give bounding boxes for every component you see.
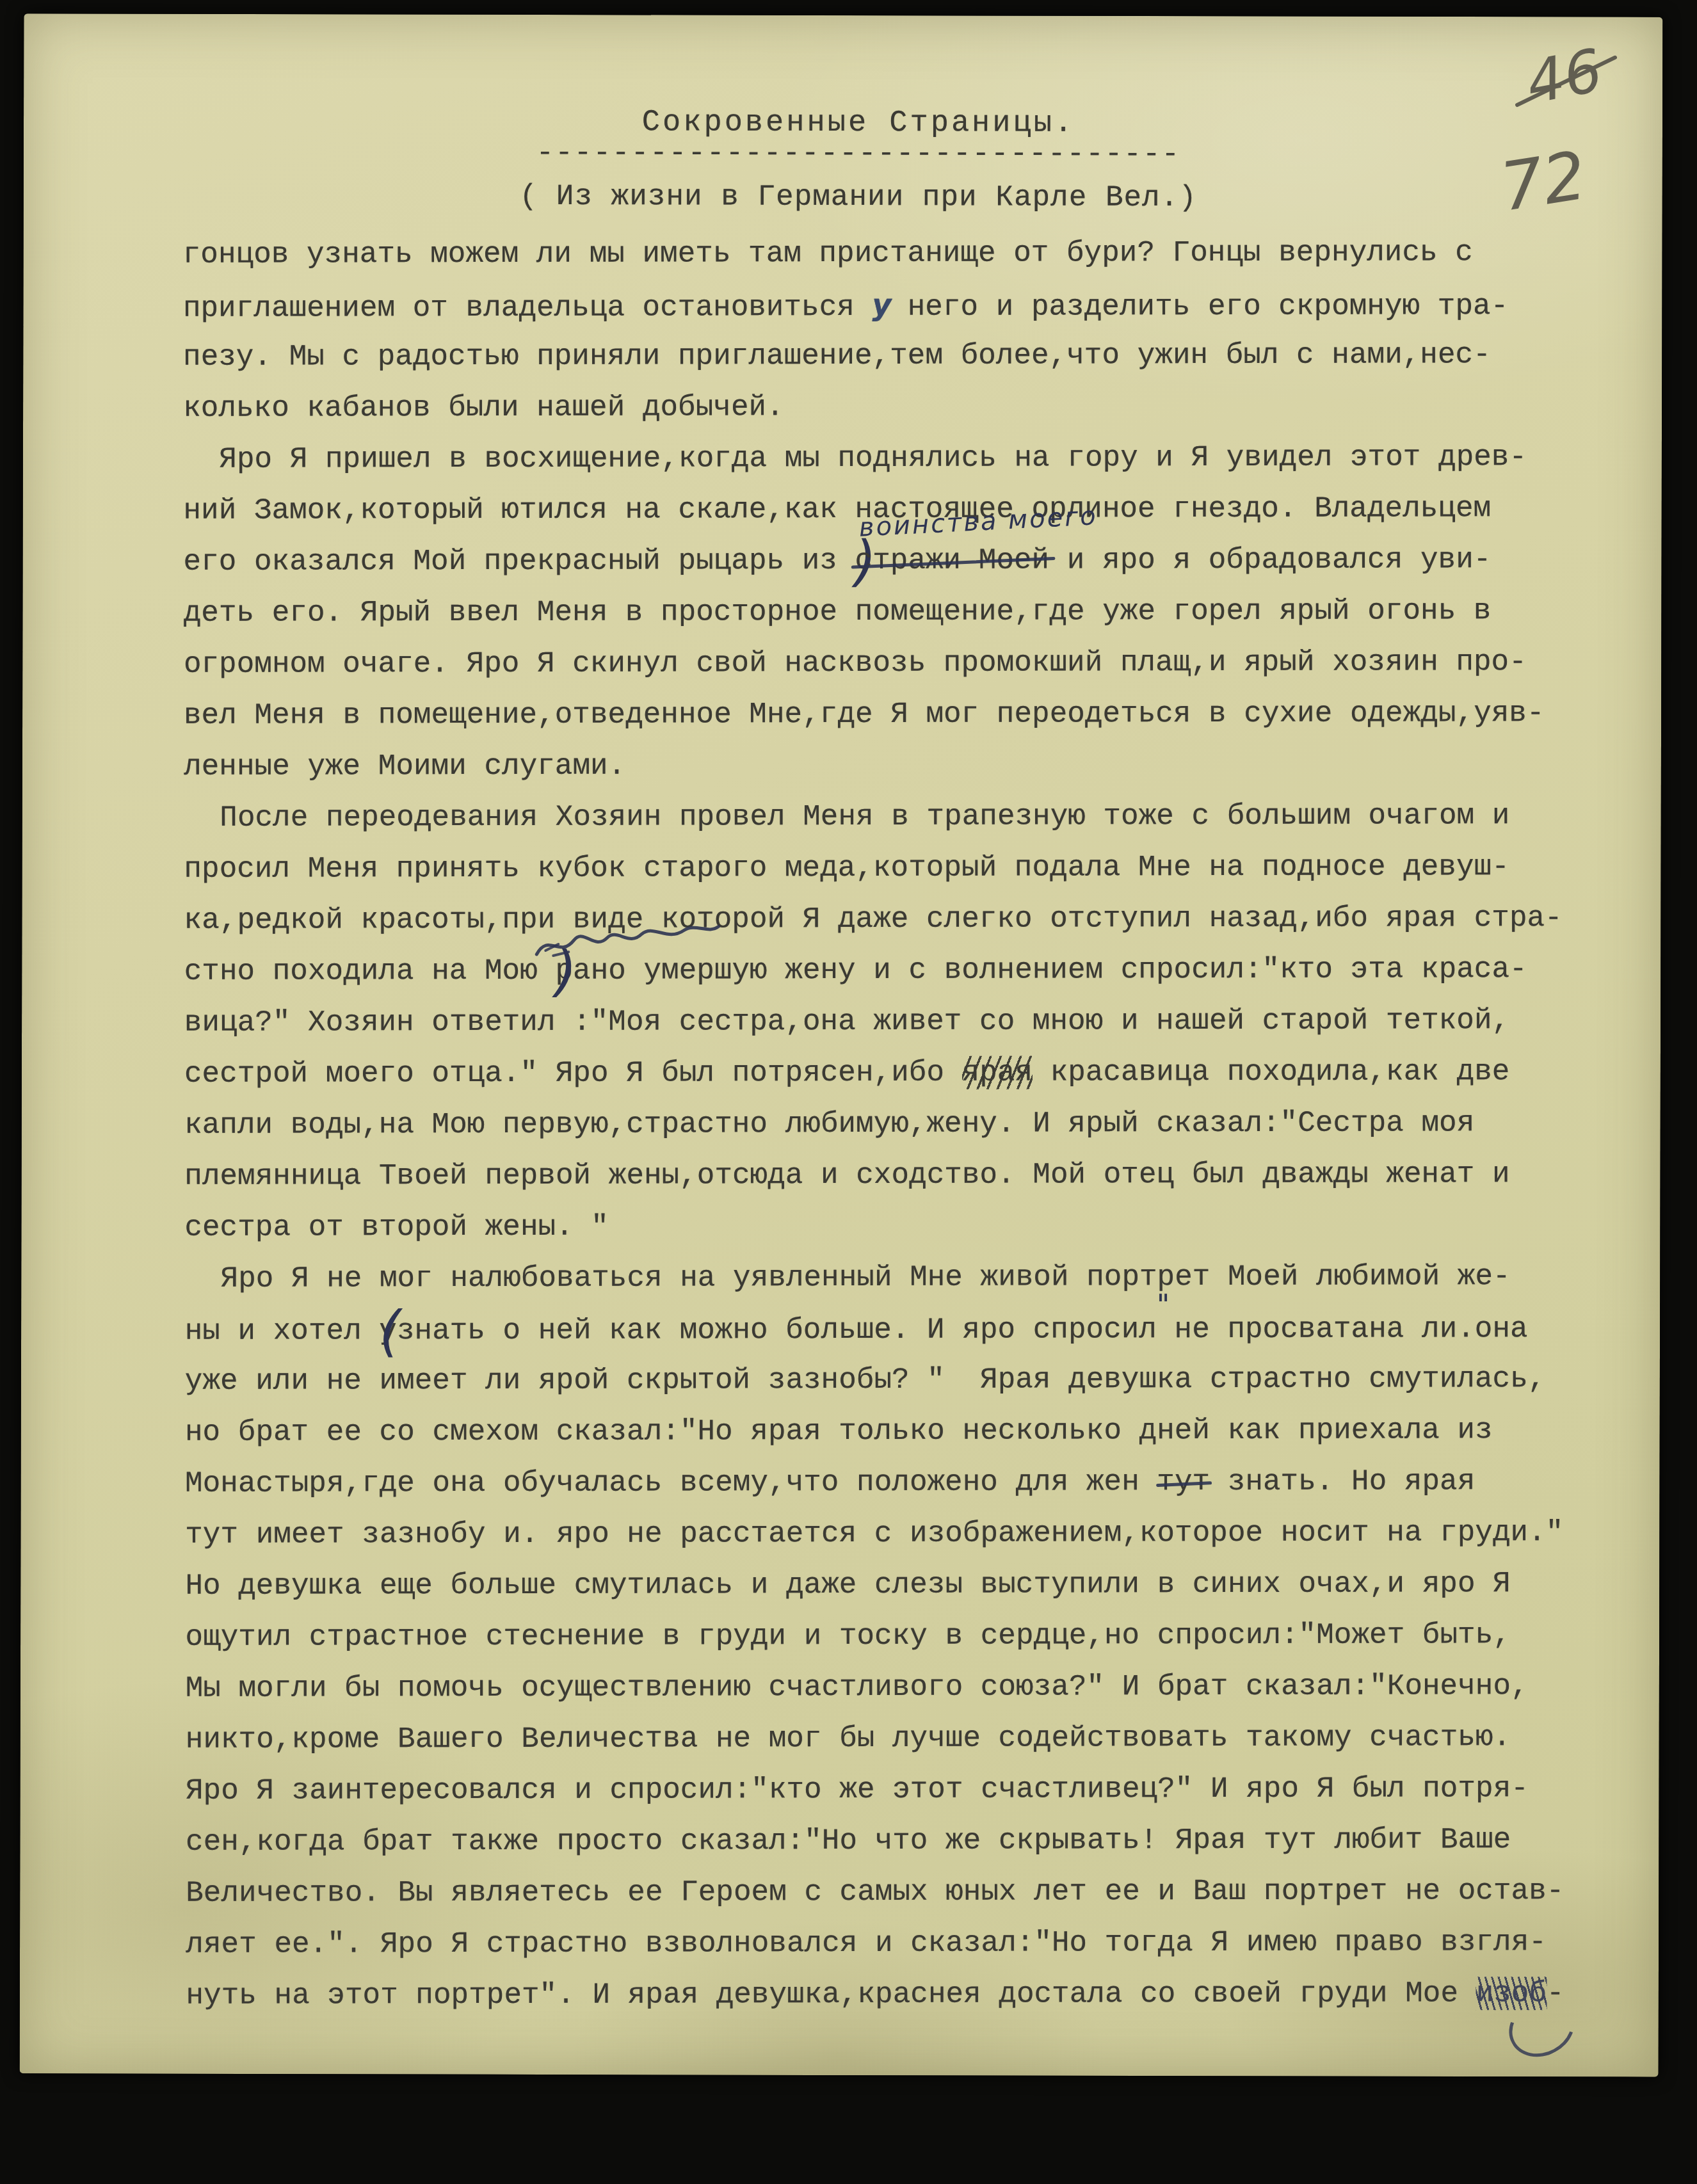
text-run: и яро я обрадовался уви- <box>1049 543 1491 577</box>
typed-line: Величество. Вы являетесь ее Героем с сам… <box>186 1865 1568 1919</box>
title-underline: ---------------------------------- <box>183 141 1534 166</box>
typed-line: но брат ее со смехом сказал:"Но ярая тол… <box>185 1404 1568 1458</box>
text-run: красавица походила,как две <box>1033 1055 1509 1089</box>
typed-line: капли воды,на Мою первую,страстно любиму… <box>184 1097 1567 1151</box>
text-run: узнать о ней как можно больше. И яро спр… <box>379 1313 1157 1347</box>
text-run: вица?" Хозяин ответил :"Моя сестра,она ж… <box>184 1004 1509 1040</box>
typed-line: огромном очаге. Яро Я скинул свой наскво… <box>184 636 1566 690</box>
text-run: ний Замок,который ютился на скале,как на… <box>183 492 1491 527</box>
typed-line: стно походила на Мою )рано умершую жену … <box>184 943 1567 997</box>
typed-line: сестра от второй жены. " <box>184 1200 1567 1253</box>
typed-line: ляет ее.". Яро Я страстно взволновался и… <box>186 1916 1568 1970</box>
text-run: Величество. Вы являетесь ее Героем с сам… <box>186 1874 1564 1910</box>
text-run: сестрой моего отца." Яро Я был потрясен,… <box>184 1056 962 1091</box>
typed-line: После переодевания Хозяин провел Меня в … <box>184 790 1566 844</box>
text-run: но брат ее со смехом сказал:"Но ярая тол… <box>185 1413 1493 1449</box>
type-struck-word: ярая <box>962 1056 1033 1089</box>
text-run: племянница Твоей первой жены,отсюда и сх… <box>184 1157 1509 1193</box>
text-run: огромном очаге. Яро Я скинул свой наскво… <box>184 645 1527 681</box>
text-run: нуть на этот портрет". И ярая девушка,кр… <box>186 1977 1476 2012</box>
typed-line: Мы могли бы помочь осуществлению счастли… <box>186 1660 1568 1714</box>
typed-line: колько кабанов были нашей добычей. <box>183 380 1566 434</box>
text-run: него и разделить его скромную тра- <box>890 289 1508 324</box>
typed-line: сестрой моего отца." Яро Я был потрясен,… <box>184 1046 1567 1100</box>
text-run: Яро Я заинтересовался и спросил:"кто же … <box>186 1772 1529 1808</box>
text-run: просил Меня принять кубок старого меда,к… <box>184 850 1509 886</box>
text-run: пезу. Мы с радостью приняли приглашение,… <box>183 338 1491 374</box>
typed-line: вел Меня в помещение,отведенное Мне,где … <box>184 687 1566 741</box>
text-run: гонцов узнать можем ли мы иметь там прис… <box>183 236 1473 271</box>
text-run: Яро Я пришел в восхищение,когда мы подня… <box>219 440 1527 476</box>
text-run: колько кабанов были нашей добычей. <box>183 390 784 425</box>
ink-correction: у <box>872 279 890 330</box>
text-run: сен,когда брат также просто сказал:"Но ч… <box>186 1823 1511 1859</box>
text-run: ка,редкой красоты,при виде которой Я даж… <box>184 901 1563 937</box>
typed-line: Яро Я не мог налюбоваться на уявленный М… <box>184 1251 1567 1305</box>
pen-struck-word: тут <box>1157 1465 1210 1498</box>
text-run: не просватана ли.она <box>1157 1312 1528 1346</box>
typed-text-column: гонцов узнать можем ли мы иметь там прис… <box>183 227 1569 2021</box>
text-run: уже или не имеет ли ярой скрытой зазнобы… <box>185 1362 1546 1398</box>
ink-overwritten-word: изоб <box>1476 1977 1547 2010</box>
typed-line: Но девушка еще больше смутилась и даже с… <box>185 1558 1568 1612</box>
text-run: капли воды,на Мою первую,страстно любиму… <box>184 1106 1474 1142</box>
typed-line: Монастыря,где она обучалась всему,что по… <box>185 1456 1568 1509</box>
text-run: знать. Но ярая <box>1210 1465 1475 1498</box>
text-run: никто,кроме Вашего Величества не мог бы … <box>186 1721 1511 1756</box>
text-run: Но девушка еще больше смутилась и даже с… <box>185 1567 1510 1603</box>
text-run: деть его. Ярый ввел Меня в просторное по… <box>184 594 1492 630</box>
typed-line: ощутил страстное стеснение в груди и тос… <box>185 1609 1568 1663</box>
text-run: Яро Я не мог налюбоваться на уявленный М… <box>220 1260 1510 1296</box>
handwritten-page-number-crossed: 46 <box>1521 36 1607 117</box>
typed-line: ленные уже Моими слугами. <box>184 739 1566 792</box>
manuscript-page: 46 72 Сокровенные Страницы. ------------… <box>20 13 1663 2076</box>
typed-line: сен,когда брат также просто сказал:"Но ч… <box>186 1814 1568 1868</box>
text-run: ленные уже Моими слугами. <box>184 750 625 783</box>
typed-line: Яро Я пришел в восхищение,когда мы подня… <box>183 431 1566 485</box>
typed-line: вица?" Хозяин ответил :"Моя сестра,она ж… <box>184 995 1567 1048</box>
typed-line: Яро Я заинтересовался и спросил:"кто же … <box>186 1763 1568 1817</box>
text-run: ны и хотел <box>185 1314 380 1348</box>
typed-line: никто,кроме Вашего Величества не мог бы … <box>186 1712 1568 1765</box>
typed-line: его оказался Мой прекрасный рыцарь из )с… <box>184 534 1566 588</box>
typed-line: просил Меня принять кубок старого меда,к… <box>184 841 1566 895</box>
pen-struck-word: стражи Моей <box>855 543 1050 577</box>
ink-scribble <box>531 908 723 979</box>
text-run: Мы могли бы помочь осуществлению счастли… <box>186 1669 1529 1705</box>
text-run: ляет ее.". Яро Я страстно взволновался и… <box>186 1925 1547 1961</box>
typed-line: пезу. Мы с радостью приняли приглашение,… <box>183 329 1566 383</box>
typed-line: тут имеет зазнобу и. яро не расстается с… <box>185 1507 1568 1561</box>
text-run: Монастыря,где она обучалась всему,что по… <box>185 1465 1157 1500</box>
page-subtitle: ( Из жизни в Германии при Карле Вел.) <box>183 178 1534 216</box>
text-run: тут имеет зазнобу и. яро не расстается с… <box>185 1516 1563 1552</box>
typed-line: приглашением от владельца остановиться у… <box>183 278 1566 332</box>
typed-line: гонцов узнать можем ли мы иметь там прис… <box>183 227 1566 280</box>
text-run: вел Меня в помещение,отведенное Мне,где … <box>184 696 1545 732</box>
typed-line: племянница Твоей первой жены,отсюда и сх… <box>184 1148 1567 1202</box>
text-run: его оказался Мой прекрасный рыцарь из <box>184 544 855 579</box>
text-run: сестра от второй жены. " <box>184 1210 609 1244</box>
typed-line: нуть на этот портрет". И ярая девушка,кр… <box>186 1968 1568 2021</box>
document-header: Сокровенные Страницы. ------------------… <box>183 104 1534 216</box>
text-run: После переодевания Хозяин провел Меня в … <box>220 799 1509 835</box>
typed-line: ка,редкой красоты,при виде которой Я даж… <box>184 892 1566 946</box>
text-run: ощутил страстное стеснение в груди и тос… <box>185 1618 1510 1654</box>
text-run: стно походила на Мою <box>184 954 556 988</box>
text-run: приглашением от владельца остановиться <box>183 291 873 325</box>
typed-line: ны и хотел (узнать о ней как можно больш… <box>185 1302 1568 1356</box>
